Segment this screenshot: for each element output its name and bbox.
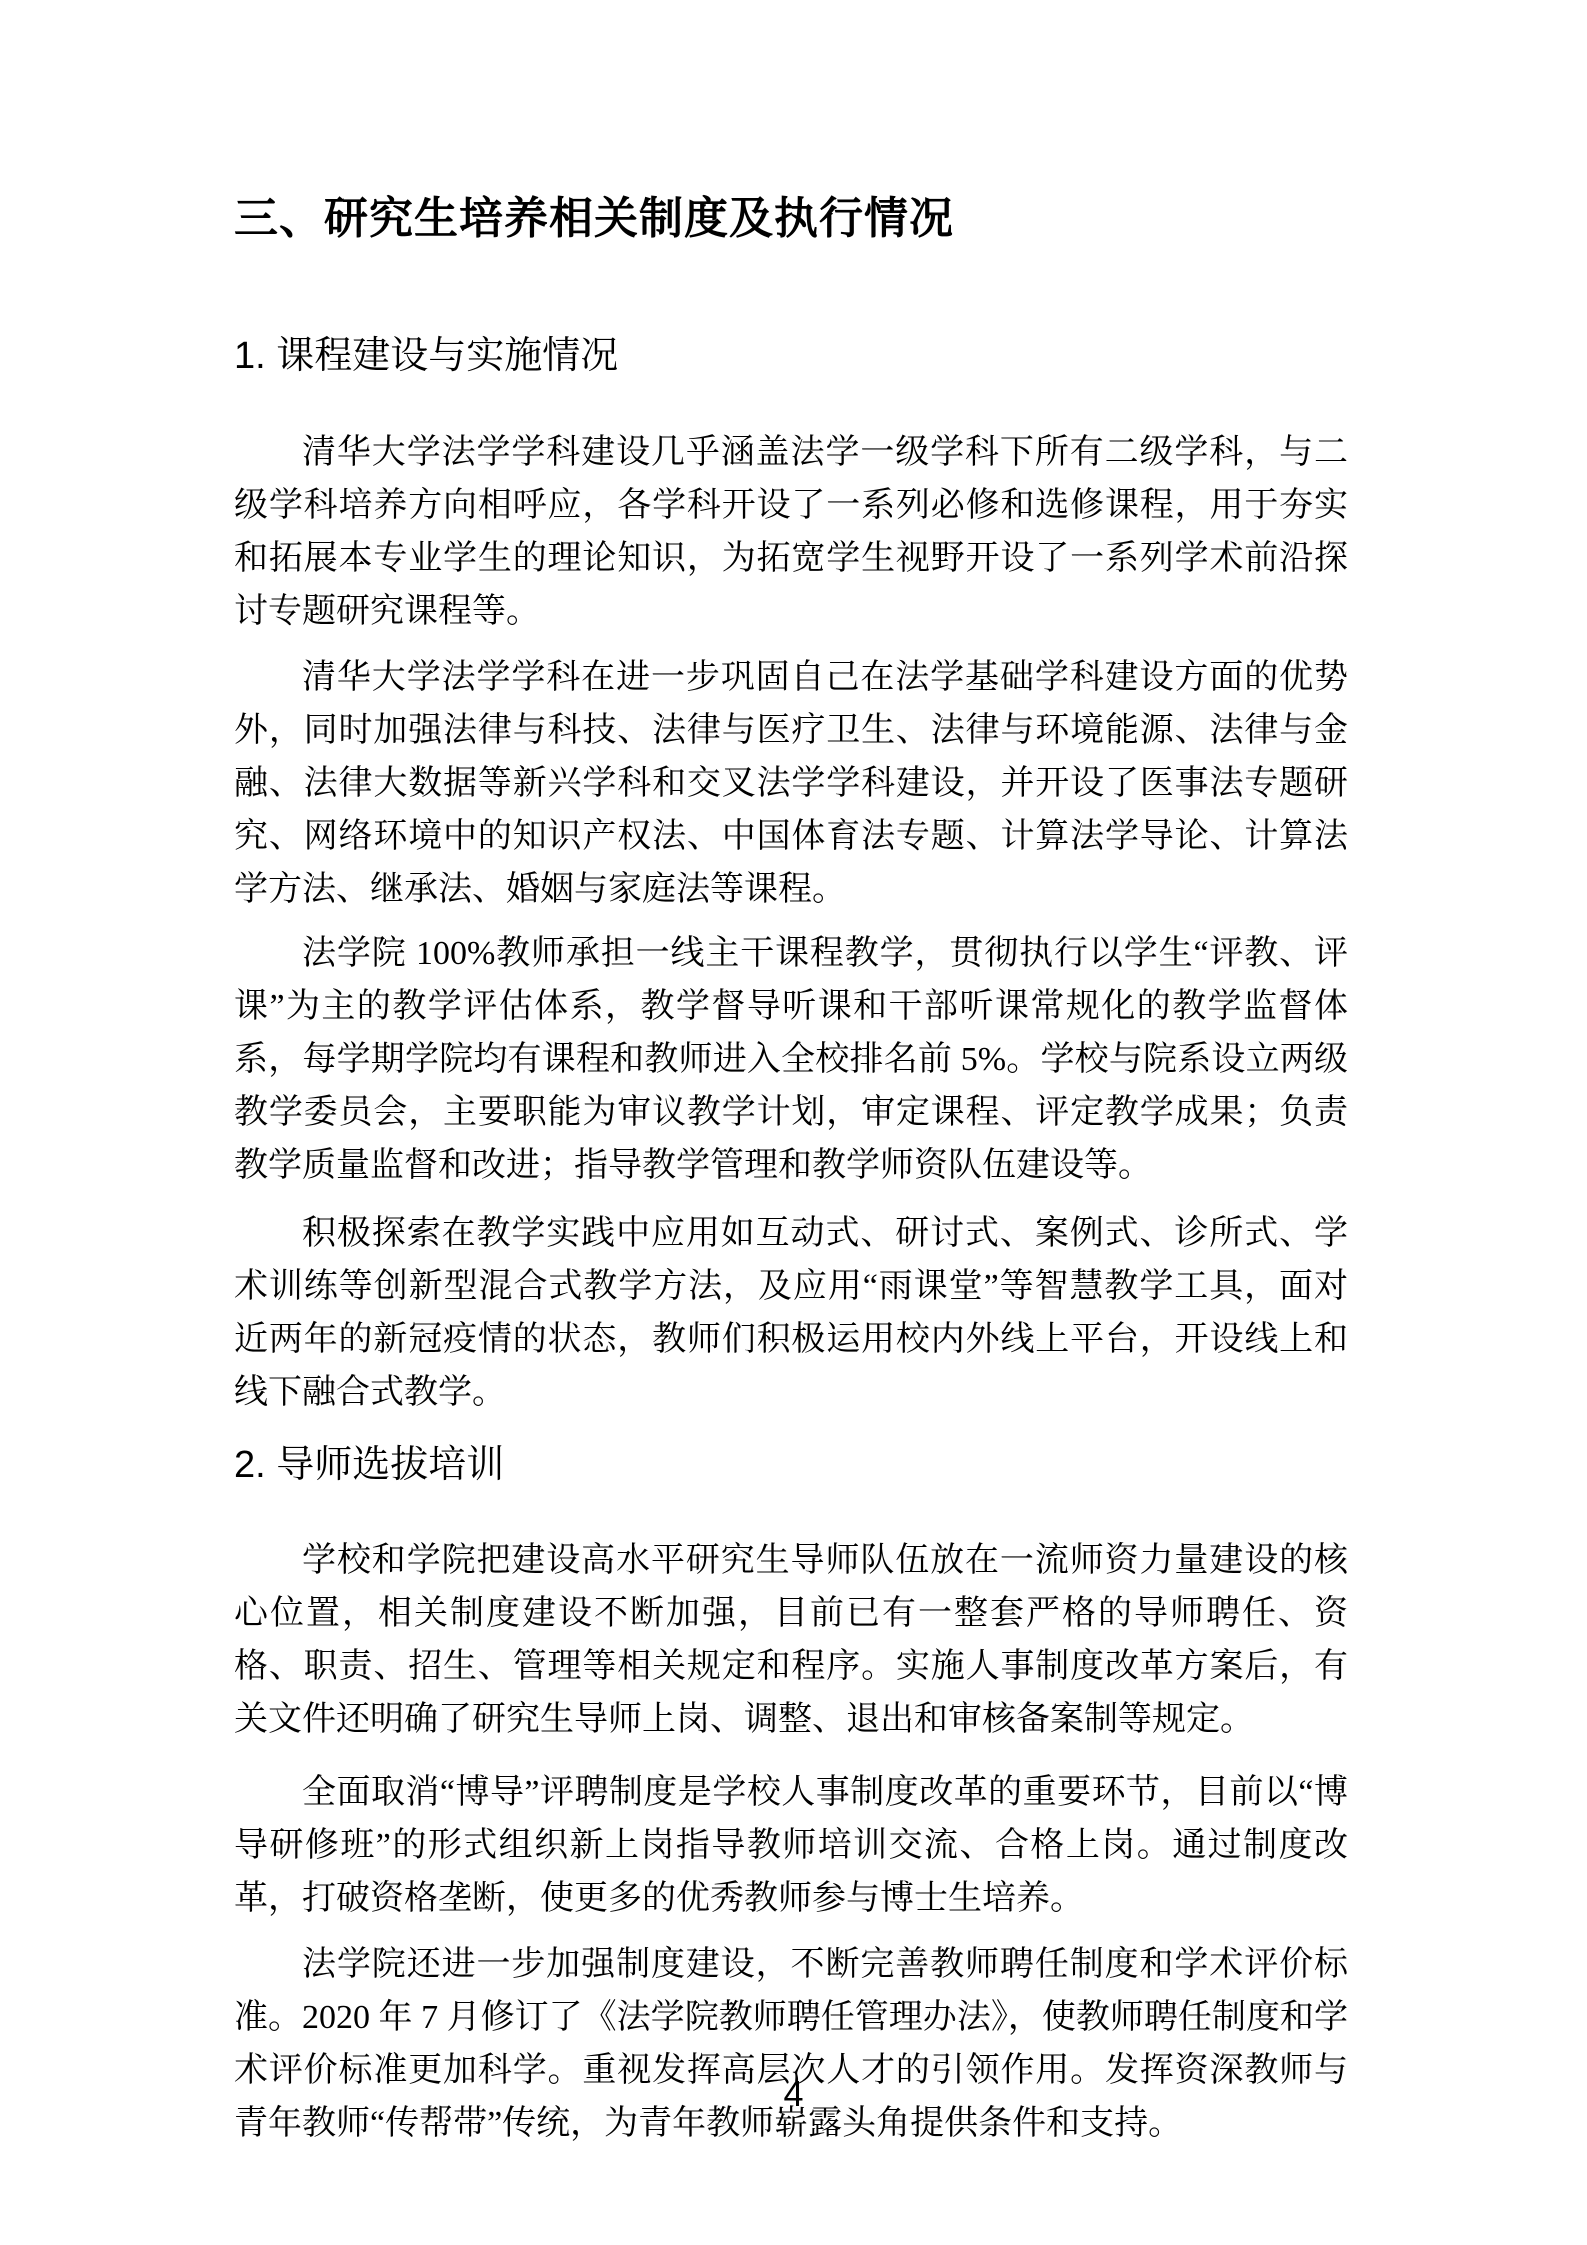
chapter-title: 三、研究生培养相关制度及执行情况 (234, 191, 1348, 247)
page-number: 4 (0, 2072, 1587, 2116)
document-page: 三、研究生培养相关制度及执行情况 1. 课程建设与实施情况 清华大学法学学科建设… (0, 0, 1587, 2245)
body-paragraph: 法学院 100%教师承担一线主干课程教学，贯彻执行以学生“评教、评课”为主的教学… (234, 927, 1348, 1192)
page-content: 三、研究生培养相关制度及执行情况 1. 课程建设与实施情况 清华大学法学学科建设… (234, 0, 1348, 2150)
section-heading-course-construction: 1. 课程建设与实施情况 (234, 329, 1348, 383)
body-paragraph: 清华大学法学学科在进一步巩固自己在法学基础学科建设方面的优势外，同时加强法律与科… (234, 651, 1348, 916)
section-heading-supervisor-selection: 2. 导师选拔培训 (234, 1438, 1348, 1492)
body-paragraph: 积极探索在教学实践中应用如互动式、研讨式、案例式、诊所式、学术训练等创新型混合式… (234, 1207, 1348, 1419)
body-paragraph: 法学院还进一步加强制度建设，不断完善教师聘任制度和学术评价标准。2020 年 7… (234, 1938, 1348, 2150)
body-paragraph: 全面取消“博导”评聘制度是学校人事制度改革的重要环节，目前以“博导研修班”的形式… (234, 1766, 1348, 1925)
body-paragraph: 学校和学院把建设高水平研究生导师队伍放在一流师资力量建设的核心位置，相关制度建设… (234, 1534, 1348, 1746)
body-paragraph: 清华大学法学学科建设几乎涵盖法学一级学科下所有二级学科，与二级学科培养方向相呼应… (234, 426, 1348, 638)
